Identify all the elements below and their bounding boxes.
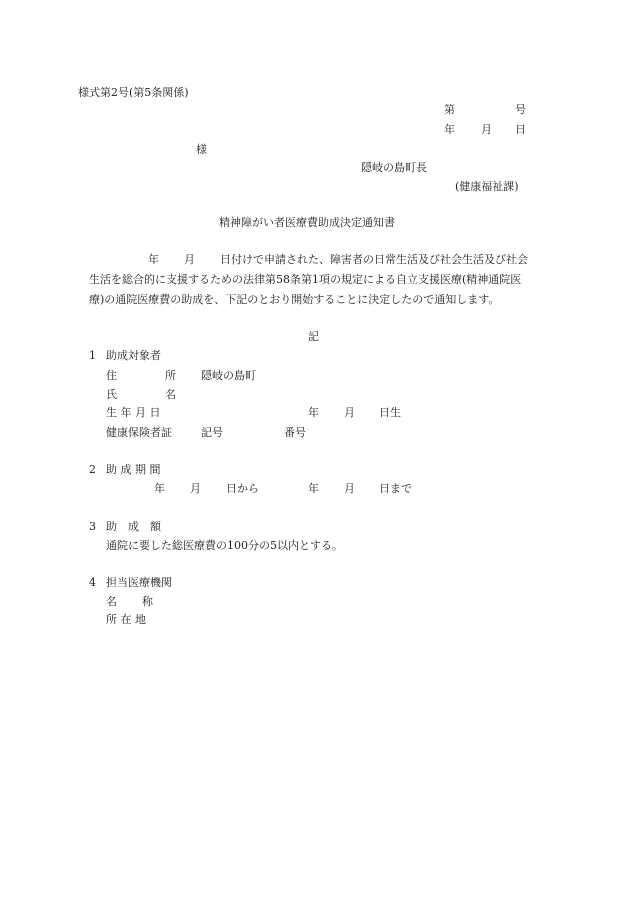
section2-number: 2 — [89, 463, 96, 477]
section1-heading: 助成対象者 — [106, 349, 161, 363]
period-to-day: 日まで — [379, 482, 412, 496]
date-day: 日 — [515, 123, 526, 137]
address-label-2: 所 — [165, 369, 176, 383]
section1-number: 1 — [89, 349, 96, 363]
section4-number: 4 — [89, 576, 96, 590]
address-value: 隠岐の島町 — [201, 369, 256, 383]
body-line-2: 生活を総合的に支援するための法律第58条第1項の規定による自立支援医療(精神通院… — [89, 273, 521, 287]
insurance-label: 健康保険者証 — [106, 426, 172, 440]
ki-label: 記 — [308, 330, 319, 344]
birth-label: 生 年 月 日 — [106, 406, 161, 420]
name-label-2: 名 — [165, 388, 176, 402]
department: (健康福祉課) — [455, 180, 519, 194]
institution-name-label-2: 称 — [142, 595, 153, 609]
doc-number-prefix: 第 — [444, 103, 455, 117]
birth-month: 月 — [344, 406, 355, 420]
form-label: 様式第2号(第5条関係) — [78, 86, 189, 100]
period-from-day: 日から — [226, 482, 259, 496]
doc-number-suffix: 号 — [515, 103, 526, 117]
document-title: 精神障がい者医療費助成決定通知書 — [219, 216, 395, 230]
birth-year: 年 — [308, 406, 319, 420]
institution-location-label: 所 在 地 — [106, 613, 146, 627]
date-year: 年 — [444, 123, 455, 137]
period-from-month: 月 — [190, 482, 201, 496]
period-from-year: 年 — [154, 482, 165, 496]
insurance-symbol: 記号 — [201, 426, 223, 440]
body-year: 年 — [148, 253, 159, 267]
date-month: 月 — [481, 123, 492, 137]
section3-number: 3 — [89, 520, 96, 534]
birth-day: 日生 — [379, 406, 401, 420]
body-month: 月 — [184, 253, 195, 267]
body-line-1: 日付けで申請された、障害者の日常生活及び社会生活及び社会 — [220, 253, 528, 267]
insurance-number: 番号 — [284, 426, 306, 440]
addressee-suffix: 様 — [196, 143, 207, 157]
section2-heading: 助 成 期 間 — [106, 463, 161, 477]
body-line-3: 療)の通院医療費の助成を、下記のとおり開始することに決定したので通知します。 — [89, 293, 499, 307]
period-to-month: 月 — [344, 482, 355, 496]
section3-heading: 助 成 額 — [106, 520, 161, 534]
issuer: 隠岐の島町長 — [361, 161, 427, 175]
institution-name-label-1: 名 — [106, 595, 117, 609]
section4-heading: 担当医療機関 — [106, 576, 172, 590]
name-label-1: 氏 — [106, 388, 117, 402]
address-label-1: 住 — [106, 369, 117, 383]
section3-text: 通院に要した総医療費の100分の5以内とする。 — [106, 539, 343, 553]
period-to-year: 年 — [308, 482, 319, 496]
